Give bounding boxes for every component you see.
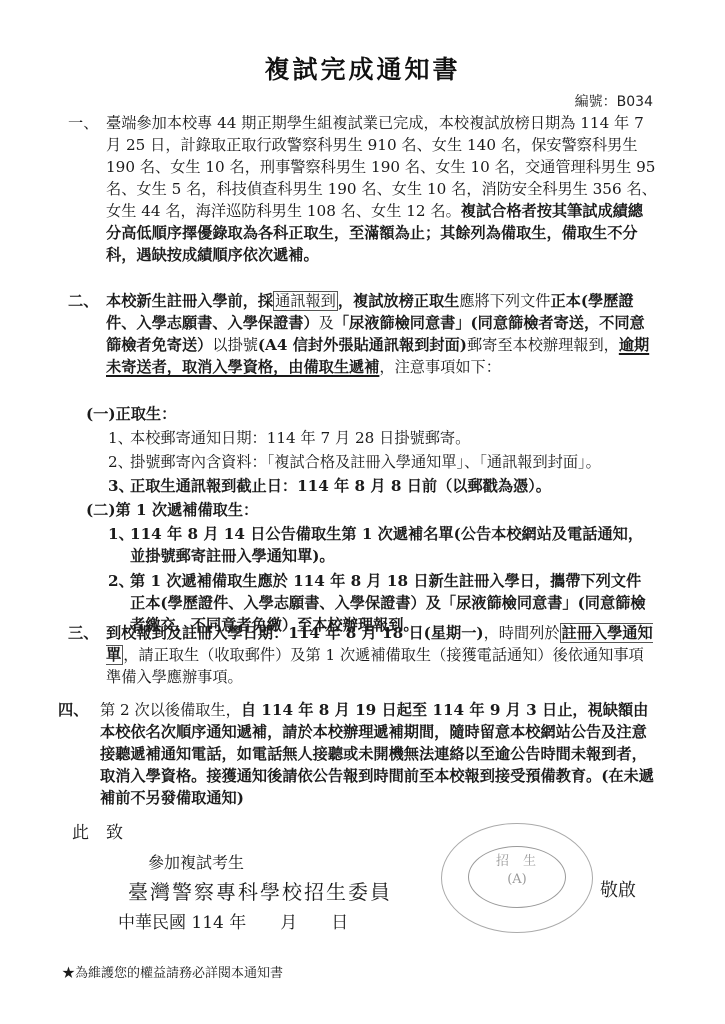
- item-text: 本校郵寄通知日期：114 年 7 月 28 日掛號郵寄。: [130, 427, 648, 449]
- item-number: 1、: [108, 523, 134, 545]
- item-number: 1、: [108, 427, 133, 449]
- item-number: 2、: [108, 570, 134, 592]
- section-3: 三、 到校報到及註冊入學日期：114 年 8 月 18 日(星期一)，時間列於註…: [68, 622, 658, 688]
- section-4: 四、 第 2 次以後備取生，自 114 年 8 月 19 日起至 114 年 9…: [58, 699, 658, 809]
- section-2-number: 二、: [68, 290, 106, 312]
- item-text: 正取生通訊報到截止日：114 年 8 月 8 日前（以郵戳為憑）。: [130, 475, 648, 497]
- section-2-body: 本校新生註冊入學前，採通訊報到，複試放榜正取生應將下列文件正本(學歷證件、入學志…: [106, 290, 658, 378]
- item-number: 3、: [108, 475, 134, 497]
- seal-code: (A): [469, 871, 565, 889]
- section-2-text: 以掛號: [212, 336, 258, 354]
- boxed-term-mail-registration: 通訊報到: [273, 291, 338, 311]
- subsection-1-item-3: 3、 正取生通訊報到截止日：114 年 8 月 8 日前（以郵戳為憑）。: [108, 475, 648, 497]
- section-3-text: ，請正取生（收取郵件）及第 1 次遞補備取生（接獲電話通知）後依通知事項準備入學…: [106, 646, 644, 686]
- subsection-1-item-2: 2、 掛號郵寄內含資料：「複試合格及註冊入學通知單」、「通訊報到封面」。: [108, 451, 648, 473]
- registration-date: 到校報到及註冊入學日期：114 年 8 月 18 日(星期一): [106, 624, 484, 642]
- section-3-text: ，時間列於: [484, 624, 560, 642]
- section-2-text: ，複試放榜正取生: [338, 292, 460, 310]
- section-1-body: 臺端參加本校專 44 期正期學生組複試業已完成，本校複試放榜日期為 114 年 …: [106, 112, 658, 266]
- respectfully: 敬啟: [600, 876, 636, 902]
- section-2-text: 及: [319, 314, 334, 332]
- subsection-2-item-1: 1、 114 年 8 月 14 日公告備取生第 1 次遞補名單(公告本校網站及電…: [108, 523, 648, 567]
- section-1-number: 一、: [68, 112, 106, 134]
- section-2: 二、 本校新生註冊入學前，採通訊報到，複試放榜正取生應將下列文件正本(學歷證件、…: [68, 290, 658, 378]
- subsection-2-heading: (二)第 1 次遞補備取生：: [86, 499, 258, 521]
- item-text: 114 年 8 月 14 日公告備取生第 1 次遞補名單(公告本校網站及電話通知…: [130, 523, 648, 567]
- recipient: 參加複試考生: [148, 850, 244, 873]
- section-1: 一、 臺端參加本校專 44 期正期學生組複試業已完成，本校複試放榜日期為 114…: [68, 112, 658, 266]
- seal-inner-ring: 招生 (A): [468, 846, 566, 908]
- seal-text: 招生: [469, 853, 565, 871]
- section-3-number: 三、: [68, 622, 106, 644]
- section-4-body: 第 2 次以後備取生，自 114 年 8 月 19 日起至 114 年 9 月 …: [100, 699, 658, 809]
- serial-number: 編號：B034: [575, 91, 653, 111]
- official-seal-stamp: 招生 (A): [441, 823, 593, 933]
- sender: 臺灣警察專科學校招生委員: [128, 876, 392, 905]
- footer-note: ★為維護您的權益請務必詳閱本通知書: [62, 962, 283, 981]
- item-number: 2、: [108, 451, 133, 473]
- section-2-text: (A4 信封外張貼通訊報到封面): [258, 336, 467, 354]
- section-2-text: 郵寄至本校辦理報到，: [467, 336, 619, 354]
- subsection-1-heading: (一)正取生：: [86, 403, 176, 425]
- section-2-text: 本校新生註冊入學前，採: [106, 292, 273, 310]
- section-2-text: ，注意事項如下：: [379, 358, 501, 376]
- section-3-body: 到校報到及註冊入學日期：114 年 8 月 18 日(星期一)，時間列於註冊入學…: [106, 622, 658, 688]
- section-4-number: 四、: [58, 699, 96, 721]
- issue-date: 中華民國 114 年 月 日: [118, 908, 348, 933]
- item-text: 掛號郵寄內含資料：「複試合格及註冊入學通知單」、「通訊報到封面」。: [130, 451, 648, 473]
- section-2-text: 應將下列文件: [459, 292, 550, 310]
- subsection-1-item-1: 1、 本校郵寄通知日期：114 年 7 月 28 日掛號郵寄。: [108, 427, 648, 449]
- salutation: 此 致: [72, 818, 123, 843]
- document-title: 複試完成通知書: [0, 50, 725, 86]
- section-4-text: 第 2 次以後備取生，: [100, 701, 241, 719]
